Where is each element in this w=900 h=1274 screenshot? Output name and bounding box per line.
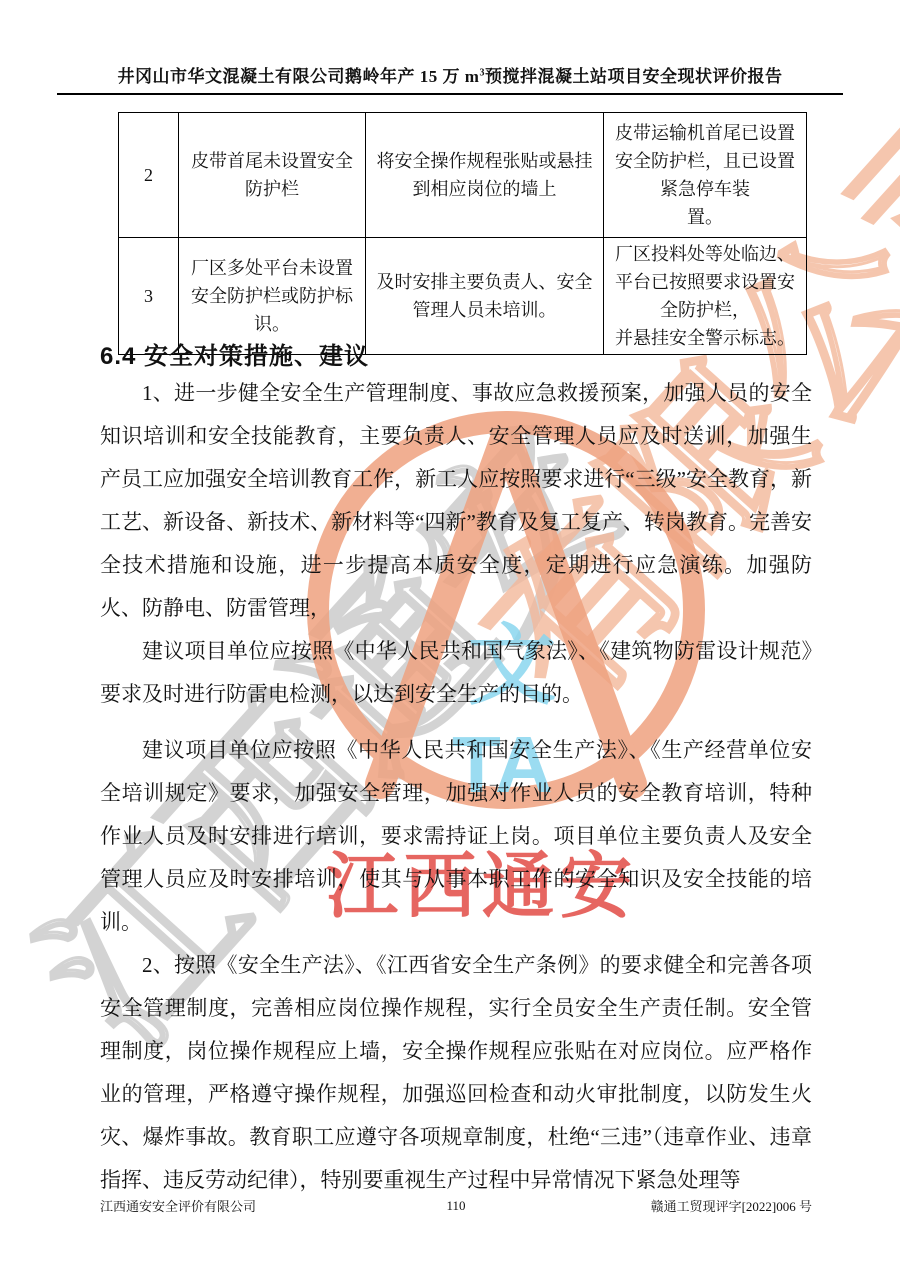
cell-measure: 将安全操作规程张贴或悬挂 到相应岗位的墙上 <box>366 113 604 238</box>
cell-status: 皮带运输机首尾已设置 安全防护栏，且已设置 紧急停车装 置。 <box>604 113 807 238</box>
table-row: 2 皮带首尾未设置安全 防护栏 将安全操作规程张贴或悬挂 到相应岗位的墙上 皮带… <box>119 113 807 238</box>
body-text: 1、进一步健全安全生产管理制度、事故应急救援预案，加强人员的安全知识培训和安全技… <box>100 372 812 1202</box>
body-paragraph: 建议项目单位应按照《中华人民共和国安全生产法》、《生产经营单位安全培训规定》要求… <box>100 729 812 944</box>
footer-page-number: 110 <box>446 1198 465 1214</box>
footer-company-name: 江西通安安全评价有限公司 <box>100 1196 446 1215</box>
body-paragraph: 1、进一步健全安全生产管理制度、事故应急救援预案，加强人员的安全知识培训和安全技… <box>100 372 812 630</box>
footer-document-number: 赣通工贸现评字[2022]006 号 <box>466 1196 812 1215</box>
cell-problem: 皮带首尾未设置安全 防护栏 <box>179 113 366 238</box>
body-paragraph: 建议项目单位应按照《中华人民共和国气象法》、《建筑物防雷设计规范》要求及时进行防… <box>100 630 812 716</box>
cell-row-number: 2 <box>119 113 179 238</box>
section-heading: 6.4 安全对策措施、建议 <box>100 336 369 371</box>
cell-status: 厂区投料处等处临边、 平台已按照要求设置安 全防护栏， 并悬挂安全警示标志。 <box>604 238 807 355</box>
header-divider <box>57 93 843 95</box>
header-title-pre: 井冈山市华文混凝土有限公司鹅岭年产 15 万 m <box>118 67 480 86</box>
issues-table: 2 皮带首尾未设置安全 防护栏 将安全操作规程张贴或悬挂 到相应岗位的墙上 皮带… <box>118 112 807 355</box>
report-header-title: 井冈山市华文混凝土有限公司鹅岭年产 15 万 m3预搅拌混凝土站项目安全现状评价… <box>0 62 900 87</box>
cell-measure: 及时安排主要负责人、安全 管理人员未培训。 <box>366 238 604 355</box>
body-paragraph: 2、按照《安全生产法》、《江西省安全生产条例》的要求健全和完善各项安全管理制度，… <box>100 944 812 1202</box>
header-title-post: 预搅拌混凝土站项目安全现状评价报告 <box>485 67 783 86</box>
page-footer: 江西通安安全评价有限公司 110 赣通工贸现评字[2022]006 号 <box>100 1196 812 1215</box>
